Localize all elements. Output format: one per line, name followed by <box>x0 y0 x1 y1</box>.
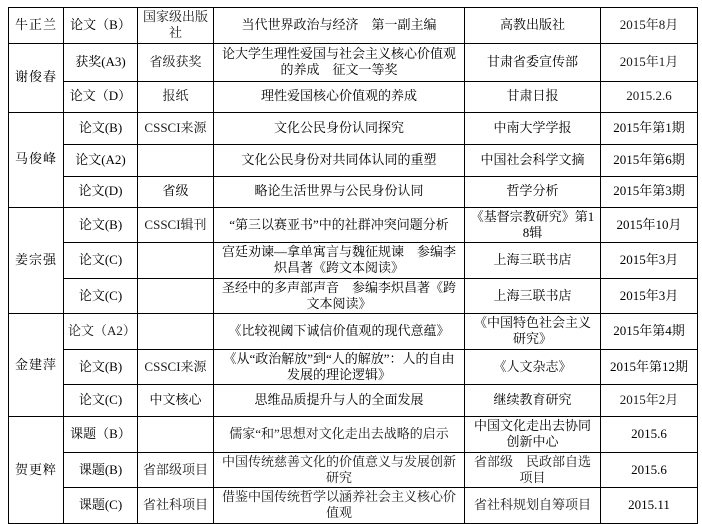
table-row: 牛正兰 论文（B） 国家级出版社 当代世界政治与经济 第一副主编 高教出版社 2… <box>9 8 698 44</box>
date-cell: 2015年2月 <box>601 385 698 417</box>
type-cell: 课题(C) <box>64 488 138 524</box>
date-cell: 2015年第3期 <box>601 176 698 207</box>
publications-table: 牛正兰 论文（B） 国家级出版社 当代世界政治与经济 第一副主编 高教出版社 2… <box>8 7 698 524</box>
type-cell: 论文(B) <box>64 207 138 243</box>
title-cell: 圣经中的多声部声音 参编李炽昌著《跨文本阅读》 <box>214 278 465 314</box>
table-row: 谢俊春 获奖(A3) 省级获奖 论大学生理性爱国与社会主义核心价值观的养成 征文… <box>9 43 698 81</box>
publisher-cell: 中国文化走出去协同创新中心 <box>465 417 601 453</box>
category-cell: 省级 <box>138 176 214 207</box>
type-cell: 论文(D) <box>64 176 138 207</box>
category-cell: 中文核心 <box>138 385 214 417</box>
date-cell: 2015.6 <box>601 452 698 488</box>
category-cell: 国家级出版社 <box>138 8 214 44</box>
publisher-cell: 上海三联书店 <box>465 243 601 279</box>
table-row: 论文(D) 省级 略论生活世界与公民身份认同 哲学分析 2015年第3期 <box>9 176 698 207</box>
title-cell: 论大学生理性爱国与社会主义核心价值观的养成 征文一等奖 <box>214 43 465 81</box>
title-cell: 当代世界政治与经济 第一副主编 <box>214 8 465 44</box>
table-row: 课题(B) 省部级项目 中国传统慈善文化的价值意义与发展创新研究 省部级 民政部… <box>9 452 698 488</box>
category-cell: CSSCI辑刊 <box>138 207 214 243</box>
type-cell: 论文(C) <box>64 243 138 279</box>
publisher-cell: 《基督宗教研究》第18辑 <box>465 207 601 243</box>
type-cell: 论文（A2） <box>64 314 138 350</box>
table-row: 马俊峰 论文(B) CSSCI来源 文化公民身份认同探究 中南大学学报 2015… <box>9 112 698 144</box>
publisher-cell: 中南大学学报 <box>465 112 601 144</box>
date-cell: 2015年第4期 <box>601 314 698 350</box>
category-cell: 报纸 <box>138 81 214 112</box>
type-cell: 论文(B) <box>64 112 138 144</box>
table-row: 论文(C) 宫廷劝谏—拿单寓言与魏征规谏 参编李炽昌著《跨文本阅读》 上海三联书… <box>9 243 698 279</box>
category-cell <box>138 314 214 350</box>
category-cell <box>138 243 214 279</box>
type-cell: 论文(B) <box>64 349 138 385</box>
type-cell: 论文(A2) <box>64 144 138 176</box>
category-cell: 省级获奖 <box>138 43 214 81</box>
publisher-cell: 《人文杂志》 <box>465 349 601 385</box>
date-cell: 2015年3月 <box>601 243 698 279</box>
publisher-cell: 中国社会科学文摘 <box>465 144 601 176</box>
name-cell: 贺更粹 <box>9 417 64 524</box>
date-cell: 2015.6 <box>601 417 698 453</box>
table-row: 姜宗强 论文(B) CSSCI辑刊 “第三以赛亚书”中的社群冲突问题分析 《基督… <box>9 207 698 243</box>
table-row: 金建萍 论文（A2） 《比较视阈下诚信价值观的现代意蕴》 《中国特色社会主义研究… <box>9 314 698 350</box>
table-row: 论文(B) CSSCI来源 《从“政治解放”到“人的解放”：人的自由发展的理论逻… <box>9 349 698 385</box>
publisher-cell: 省部级 民政部自选项目 <box>465 452 601 488</box>
type-cell: 论文(C) <box>64 278 138 314</box>
category-cell <box>138 278 214 314</box>
category-cell: 省社科项目 <box>138 488 214 524</box>
title-cell: 文化公民身份对共同体认同的重塑 <box>214 144 465 176</box>
title-cell: “第三以赛亚书”中的社群冲突问题分析 <box>214 207 465 243</box>
title-cell: 借鉴中国传统哲学以涵养社会主义核心价值观 <box>214 488 465 524</box>
name-cell: 谢俊春 <box>9 43 64 112</box>
publisher-cell: 高教出版社 <box>465 8 601 44</box>
title-cell: 思维品质提升与人的全面发展 <box>214 385 465 417</box>
table-row: 贺更粹 课题（B） 儒家“和”思想对文化走出去战略的启示 中国文化走出去协同创新… <box>9 417 698 453</box>
table-row: 论文（D） 报纸 理性爱国核心价值观的养成 甘肃日报 2015.2.6 <box>9 81 698 112</box>
date-cell: 2015年10月 <box>601 207 698 243</box>
publisher-cell: 继续教育研究 <box>465 385 601 417</box>
type-cell: 论文（B） <box>64 8 138 44</box>
publisher-cell: 《中国特色社会主义研究》 <box>465 314 601 350</box>
name-cell: 牛正兰 <box>9 8 64 44</box>
category-cell: CSSCI来源 <box>138 112 214 144</box>
date-cell: 2015年第6期 <box>601 144 698 176</box>
publisher-cell: 甘肃省委宣传部 <box>465 43 601 81</box>
category-cell <box>138 417 214 453</box>
type-cell: 课题(B) <box>64 452 138 488</box>
publisher-cell: 甘肃日报 <box>465 81 601 112</box>
type-cell: 论文（D） <box>64 81 138 112</box>
date-cell: 2015年第1期 <box>601 112 698 144</box>
publisher-cell: 上海三联书店 <box>465 278 601 314</box>
table-row: 论文(A2) 文化公民身份对共同体认同的重塑 中国社会科学文摘 2015年第6期 <box>9 144 698 176</box>
category-cell: CSSCI来源 <box>138 349 214 385</box>
title-cell: 理性爱国核心价值观的养成 <box>214 81 465 112</box>
category-cell <box>138 144 214 176</box>
name-cell: 姜宗强 <box>9 207 64 314</box>
title-cell: 宫廷劝谏—拿单寓言与魏征规谏 参编李炽昌著《跨文本阅读》 <box>214 243 465 279</box>
date-cell: 2015年1月 <box>601 43 698 81</box>
category-cell: 省部级项目 <box>138 452 214 488</box>
date-cell: 2015.2.6 <box>601 81 698 112</box>
title-cell: 《从“政治解放”到“人的解放”：人的自由发展的理论逻辑》 <box>214 349 465 385</box>
name-cell: 马俊峰 <box>9 112 64 207</box>
name-cell: 金建萍 <box>9 314 64 417</box>
type-cell: 获奖(A3) <box>64 43 138 81</box>
type-cell: 论文(C) <box>64 385 138 417</box>
date-cell: 2015.11 <box>601 488 698 524</box>
title-cell: 儒家“和”思想对文化走出去战略的启示 <box>214 417 465 453</box>
type-cell: 课题（B） <box>64 417 138 453</box>
date-cell: 2015年8月 <box>601 8 698 44</box>
publisher-cell: 省社科规划自筹项目 <box>465 488 601 524</box>
table-row: 课题(C) 省社科项目 借鉴中国传统哲学以涵养社会主义核心价值观 省社科规划自筹… <box>9 488 698 524</box>
title-cell: 文化公民身份认同探究 <box>214 112 465 144</box>
title-cell: 《比较视阈下诚信价值观的现代意蕴》 <box>214 314 465 350</box>
table-row: 论文(C) 圣经中的多声部声音 参编李炽昌著《跨文本阅读》 上海三联书店 201… <box>9 278 698 314</box>
date-cell: 2015年3月 <box>601 278 698 314</box>
title-cell: 中国传统慈善文化的价值意义与发展创新研究 <box>214 452 465 488</box>
date-cell: 2015年第12期 <box>601 349 698 385</box>
table-row: 论文(C) 中文核心 思维品质提升与人的全面发展 继续教育研究 2015年2月 <box>9 385 698 417</box>
title-cell: 略论生活世界与公民身份认同 <box>214 176 465 207</box>
publisher-cell: 哲学分析 <box>465 176 601 207</box>
